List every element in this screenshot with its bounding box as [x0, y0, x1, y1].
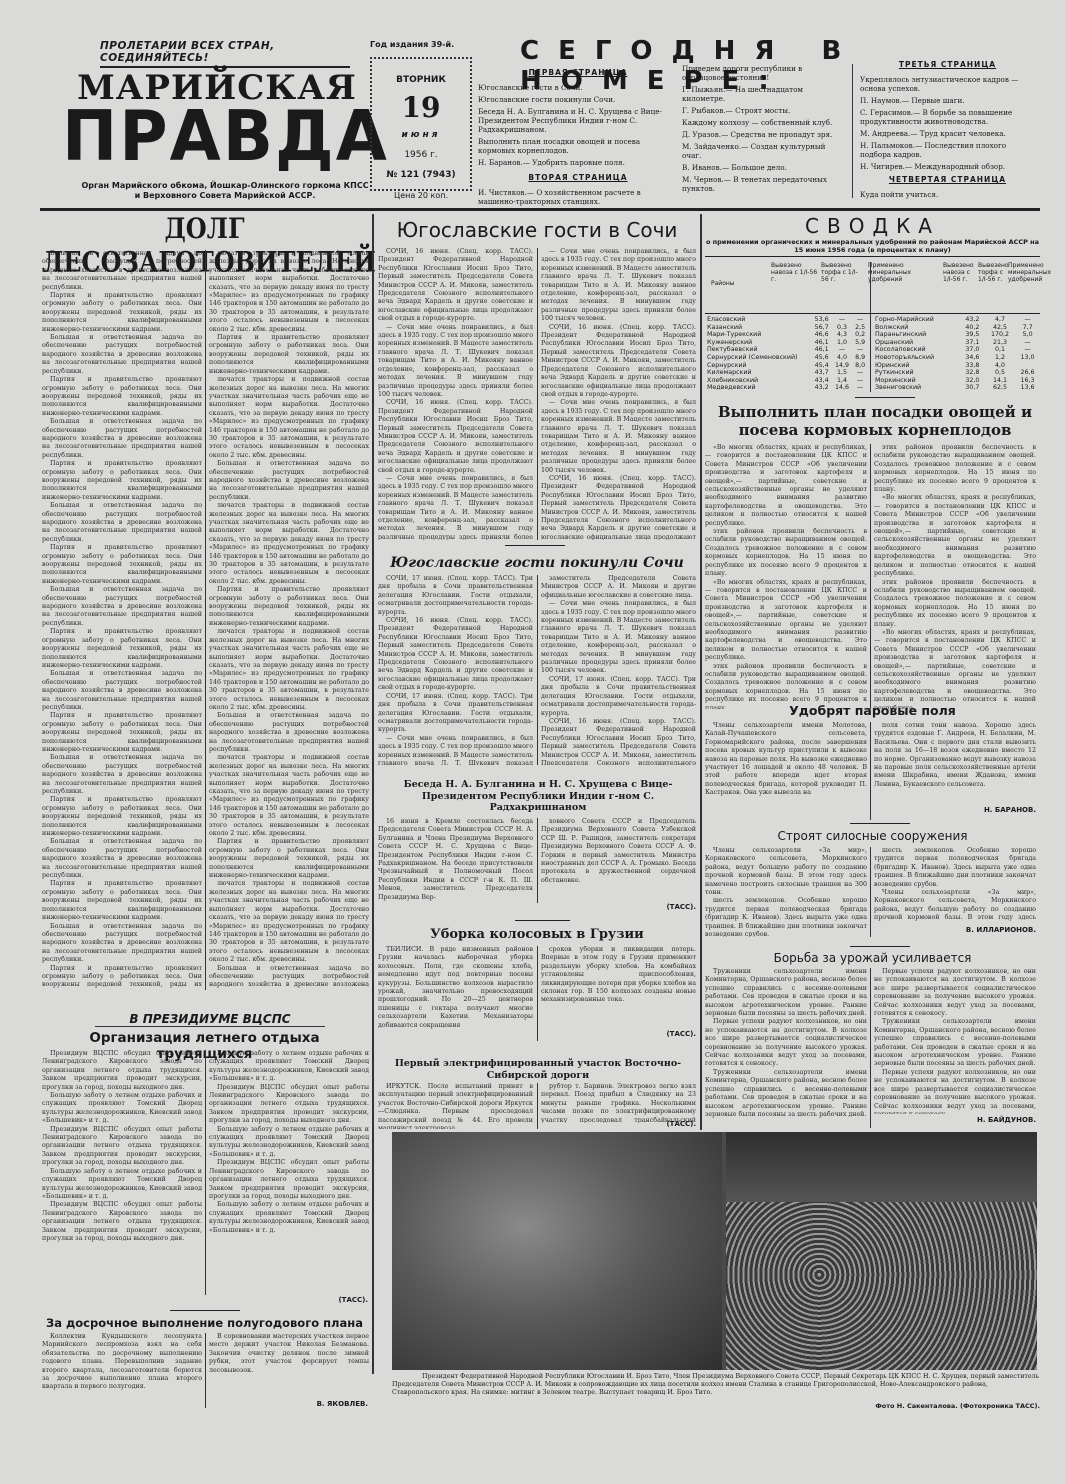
paragraph: ИРКУТСК. После испытаний принят в эксплу…: [378, 1083, 533, 1129]
paragraph: СОЧИ, 16 июня. (Спец. корр. ТАСС). Прези…: [541, 475, 696, 540]
paragraph: Партия и правительство проявляют огромну…: [42, 628, 202, 670]
contents-item[interactable]: С. Герасимов.— В борьбе за повышение про…: [860, 108, 1035, 126]
table-row: Звениговский30,762,513,6: [873, 384, 1040, 392]
paragraph: Партия и правительство проявляют огромну…: [42, 796, 202, 838]
article-vegetables-col2: этих районов проявили беспечность в осла…: [874, 444, 1036, 709]
paragraph: Первые успехи радуют колхозников, но они…: [874, 1069, 1036, 1114]
contents-page2-cont: Приведем дороги республики в образцовое …: [682, 64, 844, 196]
column-divider: [870, 968, 871, 1128]
paragraph: — Сочи мне очень понравились, я был здес…: [541, 399, 696, 475]
paragraph: Партия и правительство проявляют огромну…: [42, 376, 202, 418]
column-divider: [537, 248, 538, 540]
paragraph: Труженики сельхозартели имени Коминтерна…: [705, 1069, 867, 1119]
article-sochi-col2: — Сочи мне очень понравились, я был здес…: [541, 248, 696, 540]
paragraph: Большая и ответственная задача по обеспе…: [42, 754, 202, 796]
paragraph: Большая и ответственная задача по обеспе…: [42, 502, 202, 544]
contents-page4-title: ЧЕТВЕРТАЯ СТРАНИЦА: [860, 175, 1035, 184]
article-silo-col2: шесть землекопов. Особенно хорошо трудит…: [874, 847, 1036, 922]
paragraph: СОЧИ, 16 июня. (Спец. корр. ТАСС). Прези…: [541, 324, 696, 400]
paragraph: этих районов проявили беспечность в осла…: [874, 579, 1036, 629]
column-divider: [537, 946, 538, 1041]
paragraph: этих районов проявили беспечность в осла…: [705, 528, 867, 578]
signature: В. ЯКОВЛЕВ.: [280, 1400, 368, 1408]
table-rule: [705, 256, 1040, 257]
paragraph: — Сочи мне очень понравились, я был здес…: [378, 475, 533, 540]
article-fallow-col1: Члены сельхозартели имени Молотова, Кала…: [705, 722, 867, 820]
contents-item[interactable]: М. Зайдаченко.— Создан культурный очаг.: [682, 142, 844, 160]
table-row: Мари-Турекский46,64,30,2: [705, 331, 868, 339]
paragraph: Первые успехи радуют колхозников, но они…: [874, 968, 1036, 1018]
paragraph: лючатся тракторы и подвижной состав желе…: [209, 376, 369, 460]
paragraph: Большая и ответственная задача по обеспе…: [42, 250, 202, 292]
column-divider: [537, 575, 538, 765]
headline-fallow: Удобрят паровые поля: [705, 703, 1040, 718]
article-halfyear-col2: В соревновании мастерских участков перво…: [209, 1333, 369, 1393]
paragraph: Президиум ВЦСПС обсудил опыт работы Лени…: [209, 1159, 369, 1201]
table-header: Районы Вывезено навоза с 1/I-56 г. Вывез…: [705, 262, 1040, 312]
contents-item[interactable]: Г. Рыбаков.— Строят мосты.: [682, 106, 844, 115]
contents-item[interactable]: М. Андреева.— Труд красит человека.: [860, 129, 1035, 138]
article-vtsps-col2: Большую заботу о летнем отдыхе рабочих и…: [209, 1050, 369, 1295]
separator: [850, 946, 910, 947]
paragraph: ховного Совета СССР и Председатель Прези…: [541, 818, 696, 885]
paragraph: лючатся тракторы и подвижной состав желе…: [209, 250, 369, 334]
paragraph: лючатся тракторы и подвижной состав желе…: [209, 754, 369, 838]
column-header-district: Районы: [711, 280, 735, 287]
contents-item[interactable]: В. Иванов.— Большое дело.: [682, 163, 844, 172]
paragraph: лючатся тракторы и подвижной состав желе…: [209, 880, 369, 964]
paragraph: Партия и правительство проявляют огромну…: [42, 460, 202, 502]
paragraph: Партия и правительство проявляют огромну…: [42, 712, 202, 754]
paragraph: Партия и правительство проявляют огромну…: [209, 838, 369, 880]
table-row: Медведевский43,214,6—: [705, 384, 868, 392]
paragraph: Партия и правительство проявляют огромну…: [209, 586, 369, 628]
paragraph: СОЧИ, 17 июня. (Спец. корр. ТАСС). Три д…: [378, 575, 533, 617]
paragraph: заместитель Председателя Совета Министро…: [541, 575, 696, 600]
article-vegetables-col1: «Во многих областях, краях и республиках…: [705, 444, 867, 709]
headline-sochi: Югославские гости в Сочи: [378, 218, 696, 242]
photo-trees: [726, 1132, 1037, 1202]
newspaper-title-line2: ПРАВДА: [62, 102, 372, 171]
column-header-peat: Вывезено торфа с 1/I-56 г.: [821, 262, 861, 283]
contents-item[interactable]: М. Чернов.— В тенетах передаточных пункт…: [682, 175, 844, 193]
summary-table-left: Еласовский53,6—— Казанский56,70,32,5 Мар…: [705, 316, 868, 392]
contents-item[interactable]: П. Наумов.— Первые шаги.: [860, 96, 1035, 105]
article-harvest-col1: Труженики сельхозартели имени Коминтерна…: [705, 968, 867, 1128]
article-fallow-col2: поля сотни тонн навоза. Хорошо здесь тру…: [874, 722, 1036, 802]
paragraph: СОЧИ, 16 июня. (Спец. корр. ТАСС). Прези…: [541, 718, 696, 765]
year-of-publication: Год издания 39-й.: [370, 40, 480, 49]
price: Цена 20 коп.: [370, 191, 472, 200]
column-divider: [205, 1333, 206, 1408]
contents-divider: [852, 64, 853, 198]
paragraph: Партия и правительство проявляют огромну…: [42, 965, 202, 990]
article-railway-col1: ИРКУТСК. После испытаний принят в эксплу…: [378, 1083, 533, 1129]
column-divider: [870, 847, 871, 937]
headline-vegetables: Выполнить план посадки овощей и посева к…: [715, 403, 1035, 439]
paragraph: Большую заботу о летнем отдыхе рабочих и…: [209, 1126, 369, 1160]
contents-item[interactable]: Югославские гости покинули Сочи.: [478, 95, 678, 104]
paragraph: — Сочи мне очень понравились, я был здес…: [378, 324, 533, 400]
column-header-mineral: Применено минеральных удобрений: [1008, 262, 1040, 283]
headline-silo: Строят силосные сооружения: [705, 829, 1040, 843]
issue-date-box: ВТОРНИК 19 июня 1956 г. № 121 (7943): [370, 57, 472, 191]
column-header-manure: Вывезено навоза с 1/I-56 г.: [943, 262, 978, 283]
contents-item[interactable]: Н. Баранов.— Удобрить паровые поля.: [478, 158, 678, 167]
article-harvest-col2: Первые успехи радуют колхозников, но они…: [874, 968, 1036, 1114]
paragraph: Большая и ответственная задача по обеспе…: [42, 418, 202, 460]
table-divider: [870, 262, 871, 392]
paragraph: СОЧИ, 16 июня. (Спец. корр. ТАСС). Прези…: [378, 248, 533, 324]
contents-item[interactable]: Укреплялось энтузиастическое кадров — ос…: [860, 75, 1035, 93]
table-row: Сернурский (Семеновский)45,64,08,9: [705, 354, 868, 362]
day-number: 19: [372, 91, 470, 124]
paragraph: поля сотни тонн навоза. Хорошо здесь тру…: [874, 722, 1036, 789]
headline-halfyear: За досрочное выполнение полугодового пла…: [42, 1316, 367, 1330]
column-divider: [537, 818, 538, 903]
contents-page1-title: ПЕРВАЯ СТРАНИЦА: [478, 68, 678, 77]
table-row: Параньгинский39,5170,25,0: [873, 331, 1040, 339]
contents-item[interactable]: Приведем дороги республики в образцовое …: [682, 64, 844, 82]
paragraph: Большая и ответственная задача по обеспе…: [209, 460, 369, 502]
paragraph: 16 июня в Кремле состоялась беседа Предс…: [378, 818, 533, 902]
source-tass: (ТАСС).: [300, 1296, 368, 1304]
paragraph: Труженики сельхозартели имени Коминтерна…: [874, 1018, 1036, 1068]
source-tass: (ТАСС).: [640, 1030, 696, 1038]
contents-item[interactable]: Каждому колхозу — собственный клуб.: [682, 118, 844, 127]
paragraph: Президиум ВЦСПС обсудил опыт работы Лени…: [42, 1050, 202, 1092]
paragraph: «Во многих областях, краях и республиках…: [874, 629, 1036, 709]
paragraph: СОЧИ, 17 июня. (Спец. корр. ТАСС). Три д…: [378, 693, 533, 735]
article-beseda-col1: 16 июня в Кремле состоялась беседа Предс…: [378, 818, 533, 913]
table-row: Килемарский43,71,5—: [705, 369, 868, 377]
separator: [855, 397, 915, 398]
table-row: Горно-Марийский43,24,7—: [873, 316, 1040, 324]
paragraph: Члены сельхозартели имени Молотова, Кала…: [705, 722, 867, 798]
page-column-divider: [700, 214, 702, 1130]
column-divider: [870, 722, 871, 820]
headline-railway: Первый электрифицированный участок Восто…: [385, 1058, 691, 1081]
paragraph: Большая и ответственная задача по обеспе…: [42, 838, 202, 880]
contents-page3: ТРЕТЬЯ СТРАНИЦА Укреплялось энтузиастиче…: [860, 60, 1035, 202]
paragraph: «Во многих областях, краях и республиках…: [705, 444, 867, 528]
paragraph: СОЧИ, 17 июня. (Спец. корр. ТАСС). Три д…: [541, 676, 696, 718]
paragraph: ТБИЛИСИ. В ряде низменных районов Грузии…: [378, 946, 533, 1030]
article-sochi-col1: СОЧИ, 16 июня. (Спец. корр. ТАСС). Прези…: [378, 248, 533, 540]
separator: [170, 1310, 240, 1311]
contents-item[interactable]: Д. Уразов.— Средства не пропадут зря.: [682, 130, 844, 139]
table-row: Руткинский32,80,526,6: [873, 369, 1040, 377]
rubric-vtsps: В ПРЕЗИДИУМЕ ВЦСПС: [95, 1012, 325, 1027]
contents-item[interactable]: Г. Пыжьян.— На шестнадцатом километре.: [682, 85, 844, 103]
column-divider: [205, 1050, 206, 1295]
article-georgia-col1: ТБИЛИСИ. В ряде низменных районов Грузии…: [378, 946, 533, 1041]
paragraph: Партия и правительство проявляют огромну…: [42, 292, 202, 334]
paragraph: — Сочи мне очень понравились, я был здес…: [378, 735, 533, 765]
paragraph: Партия и правительство проявляют огромну…: [42, 880, 202, 922]
paragraph: СОЧИ, 16 июня. (Спец. корр. ТАСС). Прези…: [378, 399, 533, 475]
article-silo-col1: Члены сельхозартели «За мир», Корнаковск…: [705, 847, 867, 937]
paragraph: Коллектив Кундышского лесопункта Мариийс…: [42, 1333, 202, 1392]
source-tass: (ТАСС).: [640, 1120, 696, 1128]
paragraph: этих районов проявили беспечность в осла…: [874, 444, 1036, 494]
paragraph: — Сочи мне очень понравились, я был здес…: [541, 248, 696, 324]
contents-item[interactable]: Н. Пальмоков.— Последствия плохого подбо…: [860, 141, 1035, 159]
motto: ПРОЛЕТАРИИ ВСЕХ СТРАН, СОЕДИНЯЙТЕСЬ!: [100, 40, 350, 68]
year: 1956 г.: [372, 150, 470, 160]
separator: [850, 823, 910, 824]
news-photo: [392, 1132, 1037, 1370]
paragraph: сроков уборки и ликвидации потерь. Вперв…: [541, 946, 696, 1005]
paragraph: Большую заботу о летнем отдыхе рабочих и…: [42, 1168, 202, 1202]
photo-caption: Президент Федеративной Народной Республи…: [392, 1373, 1040, 1397]
contents-page3-title: ТРЕТЬЯ СТРАНИЦА: [860, 60, 1035, 69]
paragraph: лючатся тракторы и подвижной состав желе…: [209, 628, 369, 712]
paragraph: Большая и ответственная задача по обеспе…: [42, 923, 202, 965]
article-vtsps-col1: Президиум ВЦСПС обсудил опыт работы Лени…: [42, 1050, 202, 1295]
column-divider: [537, 1083, 538, 1129]
contents-item[interactable]: Югославские гости в Сочи.: [478, 83, 678, 92]
headline-georgia: Уборка колосовых в Грузии: [378, 927, 696, 942]
weekday: ВТОРНИК: [372, 75, 470, 85]
photo-left-panel: [392, 1132, 722, 1370]
paragraph: Большая и ответственная задача по обеспе…: [209, 712, 369, 754]
photo-credit: Фото Н. Сакенталова. (Фотохроника ТАСС).: [800, 1402, 1040, 1410]
table-row: Косолаповский37,00,1—: [873, 346, 1040, 354]
separator: [515, 920, 570, 921]
article-halfyear-col1: Коллектив Кундышского лесопункта Мариийс…: [42, 1333, 202, 1408]
month: июня: [372, 130, 470, 140]
article-beseda-col2: ховного Совета СССР и Председатель Прези…: [541, 818, 696, 903]
headline-sochi-left: Югославские гости покинули Сочи: [378, 555, 696, 571]
summary-table-right: Горно-Марийский43,24,7— Волжский40,242,5…: [873, 316, 1040, 392]
column-divider: [205, 250, 206, 990]
table-title: СВОДКА: [705, 214, 1040, 238]
paragraph: Президиум ВЦСПС обсудил опыт работы Лени…: [42, 1201, 202, 1243]
paragraph: Большую заботу о летнем отдыхе рабочих и…: [209, 1201, 369, 1235]
article-georgia-col2: сроков уборки и ликвидации потерь. Вперв…: [541, 946, 696, 1028]
article-forest-col1: Большая и ответственная задача по обеспе…: [42, 250, 202, 990]
column-divider: [870, 444, 871, 709]
paragraph: Большая и ответственная задача по обеспе…: [42, 670, 202, 712]
page-column-divider: [372, 214, 374, 1374]
table-rule: [705, 313, 1040, 314]
contents-item[interactable]: И. Чистяков.— О хозяйственном расчете в …: [478, 188, 678, 206]
paragraph: лючатся тракторы и подвижной состав желе…: [209, 502, 369, 586]
contents-item[interactable]: Беседа Н. А. Булганина и Н. С. Хрущева с…: [478, 107, 678, 134]
paragraph: СОЧИ, 16 июня. (Спец. корр. ТАСС). Прези…: [378, 617, 533, 693]
signature: Н. БАЙДУНОВ.: [950, 1116, 1036, 1124]
paragraph: «Во многих областях, краях и республиках…: [874, 494, 1036, 578]
table-subtitle: о применении органических и минеральных …: [705, 238, 1040, 254]
paragraph: Члены сельхозартели «За мир», Корнаковск…: [874, 889, 1036, 922]
paragraph: Первые успехи радуют колхозников, но они…: [705, 1018, 867, 1068]
paragraph: шесть землекопов. Особенно хорошо трудит…: [874, 847, 1036, 889]
table-row: Пектубаевский46,1——: [705, 346, 868, 354]
article-forest-col2: лючатся тракторы и подвижной состав желе…: [209, 250, 369, 990]
contents-page2-title: ВТОРАЯ СТРАНИЦА: [478, 173, 678, 182]
contents-item[interactable]: Куда пойти учиться.: [860, 190, 1035, 199]
paragraph: «Во многих областях, краях и республиках…: [705, 579, 867, 663]
masthead-rule: [40, 208, 1040, 211]
contents-item[interactable]: Н. Чигирев.— Международный обзор.: [860, 162, 1035, 171]
paragraph: шесть землекопов. Особенно хорошо трудит…: [705, 897, 867, 937]
table-row: Новоторъяльский34,61,213,0: [873, 354, 1040, 362]
newspaper-page: ПРОЛЕТАРИИ ВСЕХ СТРАН, СОЕДИНЯЙТЕСЬ! МАР…: [0, 0, 1065, 1484]
paragraph: Президиум ВЦСПС обсудил опыт работы Лени…: [209, 1084, 369, 1126]
issue-number: № 121 (7943): [372, 170, 470, 180]
publisher-organ: Орган Марийского обкома, Йошкар-Олинског…: [80, 181, 370, 201]
separator: [505, 545, 565, 546]
paragraph: Большую заботу о летнем отдыхе рабочих и…: [209, 1050, 369, 1084]
paragraph: Большую заботу о летнем отдыхе рабочих и…: [42, 1092, 202, 1126]
contents-item[interactable]: Выполнить план посадки овощей и посева к…: [478, 137, 678, 155]
paragraph: Большая и ответственная задача по обеспе…: [42, 334, 202, 376]
contents-page1: ПЕРВАЯ СТРАНИЦА Югославские гости в Сочи…: [478, 68, 678, 209]
article-railway-col2: рубтор т. Баринов. Электровоз легко взял…: [541, 1083, 696, 1123]
paragraph: рубтор т. Баринов. Электровоз легко взял…: [541, 1083, 696, 1123]
article-sochi-left-col2: заместитель Председателя Совета Министро…: [541, 575, 696, 765]
paragraph: — Сочи мне очень понравились, я был здес…: [541, 600, 696, 676]
table-row: Еласовский53,6——: [705, 316, 868, 324]
article-sochi-left-col1: СОЧИ, 17 июня. (Спец. корр. ТАСС). Три д…: [378, 575, 533, 765]
signature: Н. БАРАНОВ.: [950, 806, 1036, 814]
headline-beseda: Беседа Н. А. Булганина и Н. С. Хрущева с…: [400, 779, 676, 814]
column-header-manure: Вывезено навоза с 1/I-56 г.: [771, 262, 821, 283]
paragraph: Большая и ответственная задача по обеспе…: [209, 965, 369, 990]
source-tass: (ТАСС).: [640, 903, 696, 911]
column-header-mineral: Применено минеральных удобрений: [868, 262, 906, 283]
paragraph: Президиум ВЦСПС обсудил опыт работы Лени…: [42, 1126, 202, 1168]
column-header-peat: Вывезено торфа с 1/I-56 г.: [978, 262, 1008, 283]
headline-harvest: Борьба за урожай усиливается: [705, 951, 1040, 965]
paragraph: Партия и правительство проявляют огромну…: [209, 334, 369, 376]
signature: В. ИЛЛАРИОНОВ.: [930, 926, 1036, 934]
paragraph: Труженики сельхозартели имени Коминтерна…: [705, 968, 867, 1018]
paragraph: Члены сельхозартели «За мир», Корнаковск…: [705, 847, 867, 897]
paragraph: Большая и ответственная задача по обеспе…: [42, 586, 202, 628]
paragraph: Партия и правительство проявляют огромну…: [42, 544, 202, 586]
paragraph: В соревновании мастерских участков перво…: [209, 1333, 369, 1375]
